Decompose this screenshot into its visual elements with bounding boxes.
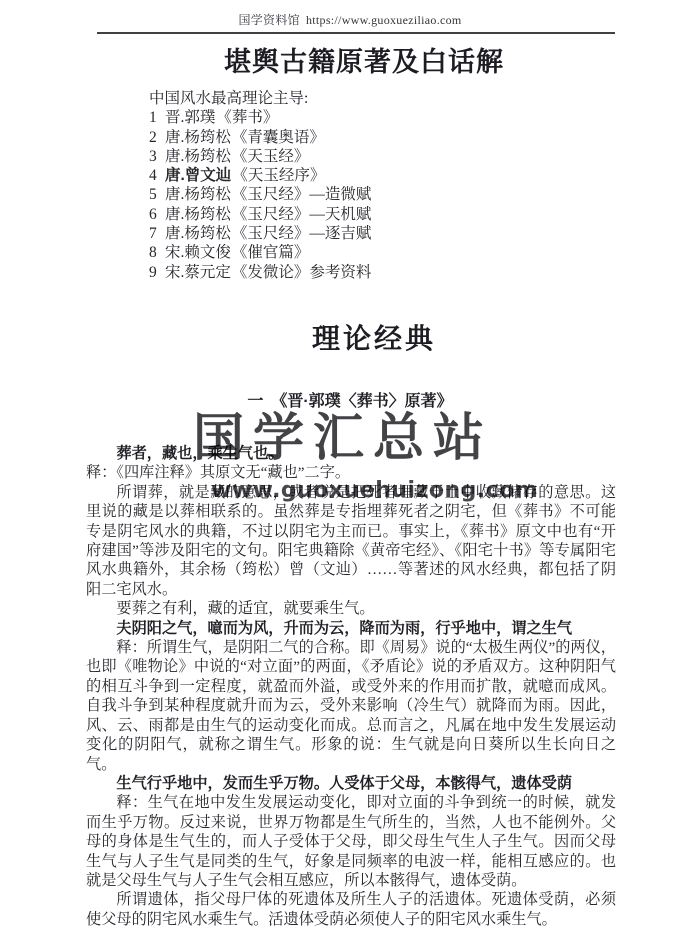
- item-author: 唐.杨筠松: [165, 225, 231, 242]
- site-url: https://www.guoxueziliao.com: [306, 13, 462, 27]
- item-author: 宋.赖文俊: [165, 244, 231, 261]
- body-paragraph-quote: 生气行乎地中，发而生乎万物。人受体于父母，本骸得气，遗体受荫: [86, 774, 616, 793]
- item-work: 《发微论》参考资料: [232, 264, 372, 281]
- list-item: 7唐.杨筠松《玉尺经》—逐吉赋: [149, 224, 371, 243]
- item-number: 7: [149, 224, 160, 243]
- list-item: 8宋.赖文俊《催官篇》: [149, 243, 371, 262]
- body-paragraph-quote: 夫阴阳之气，噫而为风，升而为云，降而为雨，行乎地中，谓之生气: [86, 619, 616, 638]
- body-paragraph: 释：所谓生气，是阴阳二气的合称。即《周易》说的“太极生两仪”的两仪，也即《唯物论…: [86, 638, 616, 774]
- item-number: 1: [149, 108, 160, 127]
- item-author: 唐.杨筠松: [165, 148, 231, 165]
- item-work: 《青囊奥语》: [232, 129, 325, 146]
- item-author: 宋.蔡元定: [165, 264, 231, 281]
- section-title: 理论经典: [312, 325, 436, 356]
- item-work: 《葬书》: [216, 109, 278, 126]
- site-name: 国学资料馆: [238, 13, 300, 27]
- body-paragraph: 所谓遗体，指父母尸体的死遗体及所生人子的活遗体。死遗体受荫，必须使父母的阴宅风水…: [86, 890, 616, 929]
- item-number: 3: [149, 147, 160, 166]
- book-list: 中国风水最高理论主导: 1晋.郭璞《葬书》 2唐.杨筠松《青囊奥语》 3唐.杨筠…: [149, 89, 371, 282]
- item-author: 唐.曾文辿: [165, 167, 231, 184]
- item-work: 《天玉经序》: [232, 167, 325, 184]
- item-number: 2: [149, 128, 160, 147]
- list-item: 5唐.杨筠松《玉尺经》—造微赋: [149, 185, 371, 204]
- item-author: 唐.杨筠松: [165, 206, 231, 223]
- watermark-url: www.guoxuehuizong.com: [211, 480, 538, 502]
- body-paragraph: 要葬之有利，藏的适宜，就要乘生气。: [86, 599, 616, 618]
- book-list-heading: 中国风水最高理论主导:: [149, 89, 371, 108]
- item-number: 4: [149, 166, 160, 185]
- item-author: 唐.杨筠松: [165, 129, 231, 146]
- item-work: 《天玉经》: [232, 148, 310, 165]
- subsection-title: 一 《晋·郭璞〈葬书〉原著》: [0, 388, 700, 411]
- list-item: 3唐.杨筠松《天玉经》: [149, 147, 371, 166]
- item-author: 晋.郭璞: [165, 109, 215, 126]
- list-item: 2唐.杨筠松《青囊奥语》: [149, 128, 371, 147]
- item-number: 6: [149, 205, 160, 224]
- site-header: 国学资料馆https://www.guoxueziliao.com: [0, 11, 700, 28]
- item-work: 《玉尺经》—天机赋: [232, 206, 372, 223]
- body-paragraph: 释：生气在地中发生发展运动变化，即对立面的斗争到统一的时候，就发而生乎万物。反过…: [86, 793, 616, 890]
- list-item: 6唐.杨筠松《玉尺经》—天机赋: [149, 205, 371, 224]
- item-work: 《玉尺经》—造微赋: [232, 186, 372, 203]
- header-rule: [97, 32, 615, 34]
- main-title: 堪舆古籍原著及白话解: [224, 48, 504, 78]
- list-item: 4唐.曾文辿《天玉经序》: [149, 166, 371, 185]
- item-work: 《玉尺经》—逐吉赋: [232, 225, 372, 242]
- item-work: 《催官篇》: [232, 244, 310, 261]
- scanned-document-page: 国学资料馆https://www.guoxueziliao.com 堪舆古籍原著…: [0, 0, 700, 931]
- body-text: 葬者，藏也，乘生气也。 释：《四库注释》其原文无“藏也”二字。 所谓葬，就是藏的…: [86, 444, 616, 929]
- list-item: 9宋.蔡元定《发微论》参考资料: [149, 263, 371, 282]
- item-number: 9: [149, 263, 160, 282]
- item-author: 唐.杨筠松: [165, 186, 231, 203]
- item-number: 5: [149, 185, 160, 204]
- watermark-text: 国学汇总站: [193, 413, 493, 464]
- list-item: 1晋.郭璞《葬书》: [149, 108, 371, 127]
- item-number: 8: [149, 243, 160, 262]
